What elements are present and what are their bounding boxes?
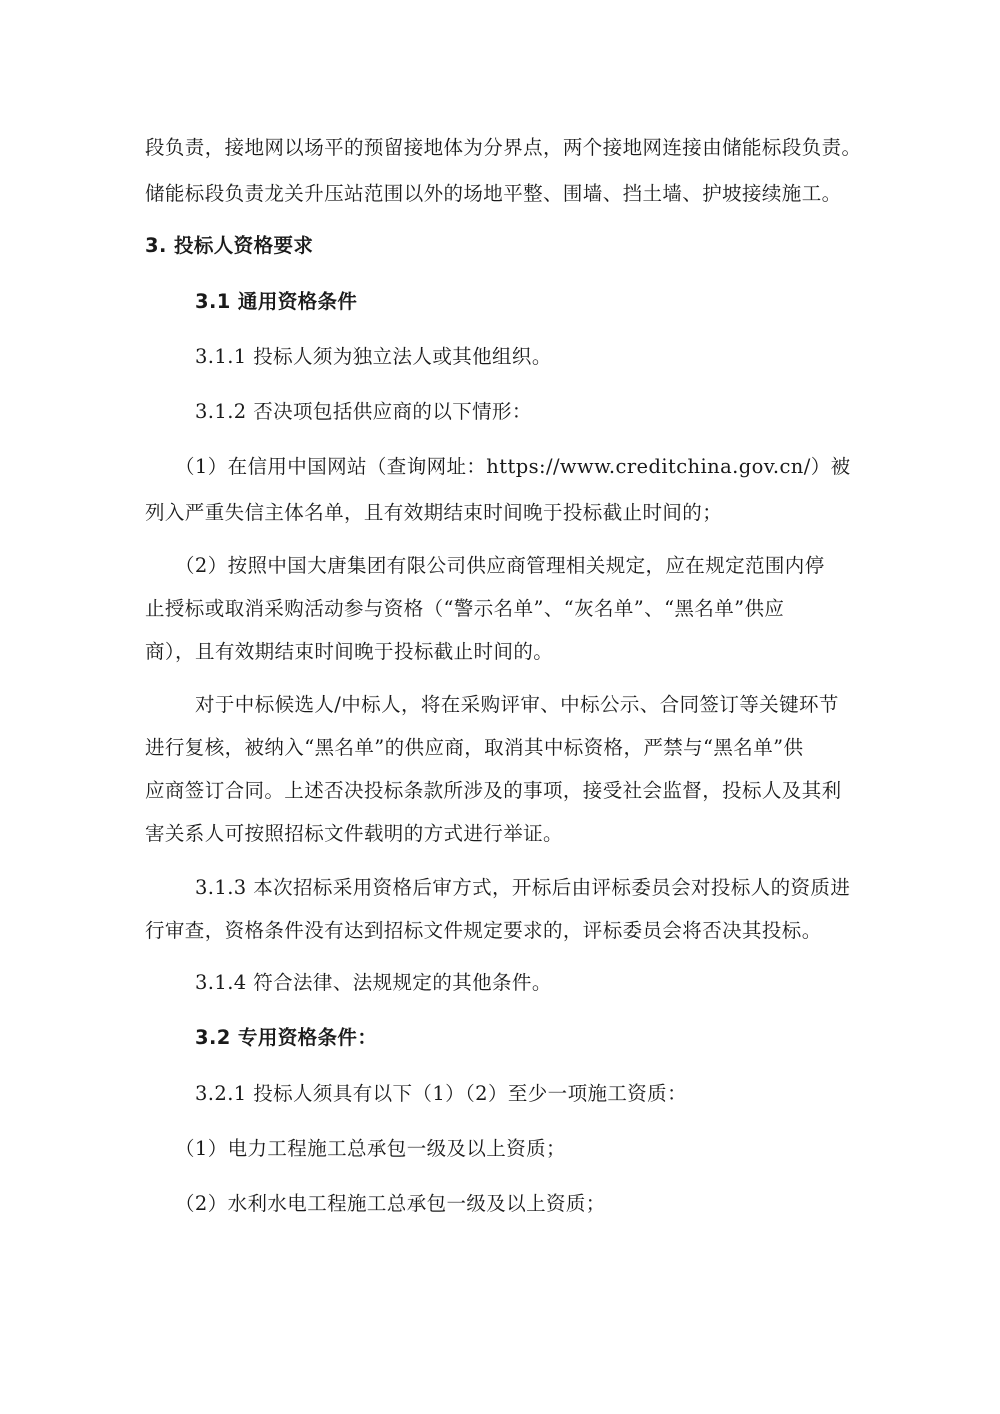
clause-3-1-3-line: 行审查，资格条件没有达到招标文件规定要求的，评标委员会将否决其投标。 [145, 919, 822, 943]
subsection-heading-3-2: 3.2 专用资格条件： [195, 1026, 377, 1050]
clause-3-1-2-case1-line: （1）在信用中国网站（查询网址：https://www.creditchina.… [175, 455, 851, 479]
clause-3-1-1: 3.1.1 投标人须为独立法人或其他组织。 [195, 345, 552, 369]
clause-3-1-2-heading: 3.1.2 否决项包括供应商的以下情形： [195, 400, 532, 424]
subsection-heading-3-1: 3.1 通用资格条件 [195, 290, 357, 314]
paragraph-line: 段负责，接地网以场平的预留接地体为分界点，两个接地网连接由储能标段负责。 [145, 136, 861, 160]
clause-3-1-2-case2-line: 商），且有效期结束时间晚于投标截止时间的。 [145, 640, 553, 664]
clause-3-1-2-note-line: 进行复核，被纳入“黑名单”的供应商，取消其中标资格，严禁与“黑名单”供 [145, 736, 803, 760]
clause-3-2-1: 3.2.1 投标人须具有以下（1）（2）至少一项施工资质： [195, 1082, 687, 1106]
clause-3-1-2-case1-line: 列入严重失信主体名单，且有效期结束时间晚于投标截止时间的； [145, 501, 722, 525]
qualification-option: （1）电力工程施工总承包一级及以上资质； [175, 1137, 566, 1161]
section-heading-3: 3. 投标人资格要求 [145, 234, 313, 258]
clause-3-1-2-note-line: 害关系人可按照招标文件载明的方式进行举证。 [145, 822, 563, 846]
clause-3-1-2-note-line: 应商签订合同。上述否决投标条款所涉及的事项，接受社会监督，投标人及其利 [145, 779, 842, 803]
clause-3-1-2-case2-line: （2）按照中国大唐集团有限公司供应商管理相关规定，应在规定范围内停 [175, 554, 825, 578]
qualification-option: （2）水利水电工程施工总承包一级及以上资质； [175, 1192, 606, 1216]
clause-3-1-3-line: 3.1.3 本次招标采用资格后审方式，开标后由评标委员会对投标人的资质进 [195, 876, 850, 900]
clause-3-1-2-case2-line: 止授标或取消采购活动参与资格（“警示名单”、“灰名单”、“黑名单”供应 [145, 597, 784, 621]
clause-3-1-2-note-line: 对于中标候选人/中标人，将在采购评审、中标公示、合同签订等关键环节 [195, 693, 839, 717]
clause-3-1-4: 3.1.4 符合法律、法规规定的其他条件。 [195, 971, 552, 995]
paragraph-line: 储能标段负责龙关升压站范围以外的场地平整、围墙、挡土墙、护坡接续施工。 [145, 182, 842, 206]
